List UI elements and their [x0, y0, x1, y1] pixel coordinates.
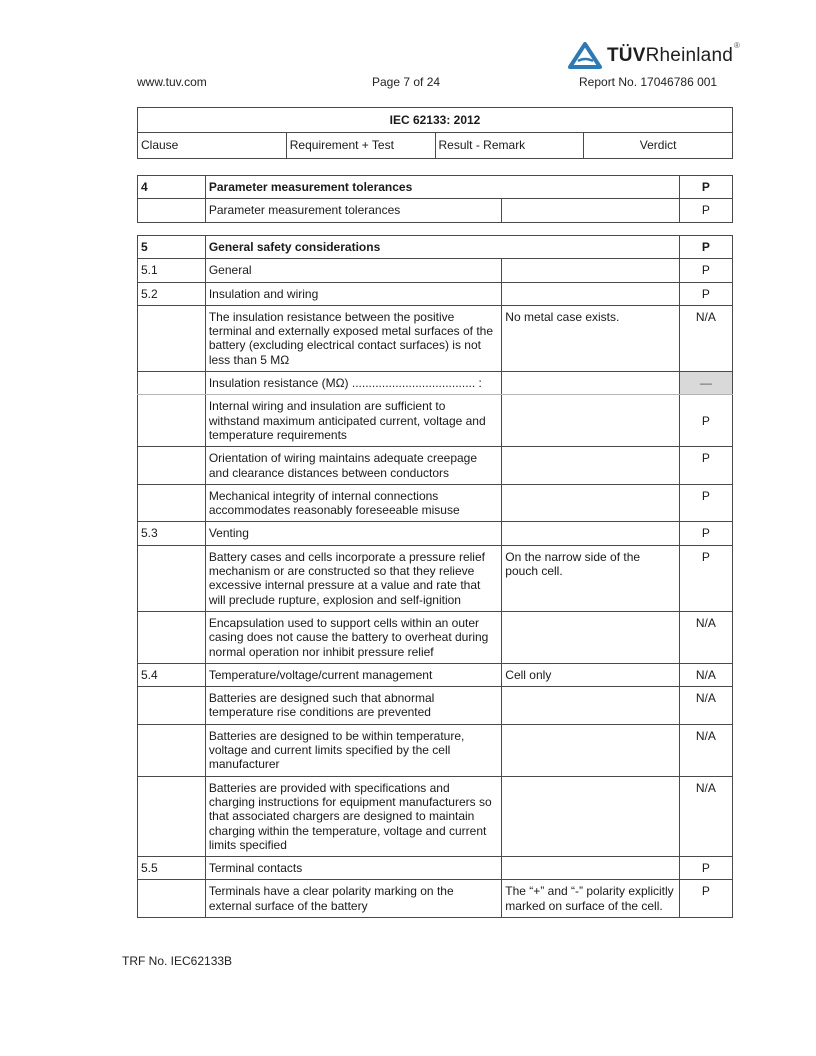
- section-verdict: P: [679, 236, 732, 259]
- table-row: Internal wiring and insulation are suffi…: [138, 395, 733, 447]
- verdict-cell: N/A: [679, 776, 732, 856]
- verdict-cell: P: [679, 199, 732, 222]
- verdict-cell: N/A: [679, 611, 732, 663]
- remark-cell: [502, 687, 679, 725]
- remark-cell: [502, 724, 679, 776]
- table-row: 5.2Insulation and wiringP: [138, 282, 733, 305]
- verdict-cell: —: [679, 372, 732, 395]
- website-url: www.tuv.com: [137, 75, 207, 89]
- report-number: Report No. 17046786 001: [579, 75, 717, 89]
- requirement-cell: Terminal contacts: [205, 857, 501, 880]
- remark-cell: [502, 611, 679, 663]
- clause-cell: [138, 687, 206, 725]
- table-row: Terminals have a clear polarity marking …: [138, 880, 733, 918]
- clause-cell: [138, 484, 206, 522]
- requirement-cell: The insulation resistance between the po…: [205, 305, 501, 371]
- remark-cell: Cell only: [502, 663, 679, 686]
- requirement-cell: Internal wiring and insulation are suffi…: [205, 395, 501, 447]
- verdict-cell: N/A: [679, 687, 732, 725]
- section-verdict: P: [679, 176, 732, 199]
- requirement-cell: Encapsulation used to support cells with…: [205, 611, 501, 663]
- clause-cell: [138, 880, 206, 918]
- requirement-cell: Orientation of wiring maintains adequate…: [205, 447, 501, 485]
- remark-cell: [502, 282, 679, 305]
- verdict-cell: P: [679, 522, 732, 545]
- verdict-cell: P: [679, 447, 732, 485]
- table-row: Mechanical integrity of internal connect…: [138, 484, 733, 522]
- standard-header-table: IEC 62133: 2012 Clause Requirement + Tes…: [137, 107, 733, 159]
- requirement-cell: General: [205, 259, 501, 282]
- clause-cell: 5.1: [138, 259, 206, 282]
- remark-cell: The “+” and “-” polarity explicitly mark…: [502, 880, 679, 918]
- clause-cell: [138, 305, 206, 371]
- verdict-cell: N/A: [679, 305, 732, 371]
- column-header-clause: Clause: [138, 133, 287, 158]
- section-header-row: 4 Parameter measurement tolerances P: [138, 176, 733, 199]
- clause-cell: 5.2: [138, 282, 206, 305]
- remark-cell: [502, 395, 679, 447]
- verdict-cell: P: [679, 545, 732, 611]
- section-clause: 5: [138, 236, 206, 259]
- section-clause: 4: [138, 176, 206, 199]
- section-4-table: 4 Parameter measurement tolerances P Par…: [137, 175, 733, 223]
- remark-cell: [502, 447, 679, 485]
- requirement-cell: Battery cases and cells incorporate a pr…: [205, 545, 501, 611]
- requirement-cell: Batteries are designed to be within temp…: [205, 724, 501, 776]
- clause-cell: [138, 776, 206, 856]
- remark-cell: [502, 857, 679, 880]
- requirement-cell: Temperature/voltage/current management: [205, 663, 501, 686]
- table-row: Parameter measurement tolerancesP: [138, 199, 733, 222]
- table-row: Battery cases and cells incorporate a pr…: [138, 545, 733, 611]
- table-row: Insulation resistance (MΩ) .............…: [138, 372, 733, 395]
- remark-cell: [502, 776, 679, 856]
- clause-cell: [138, 395, 206, 447]
- verdict-cell: P: [679, 395, 732, 447]
- requirement-cell: Venting: [205, 522, 501, 545]
- verdict-cell: N/A: [679, 663, 732, 686]
- requirement-cell: Insulation resistance (MΩ) .............…: [205, 372, 501, 395]
- page-number: Page 7 of 24: [372, 75, 440, 89]
- clause-cell: [138, 611, 206, 663]
- clause-cell: 5.3: [138, 522, 206, 545]
- table-row: Batteries are designed to be within temp…: [138, 724, 733, 776]
- section-header-row: 5 General safety considerations P: [138, 236, 733, 259]
- remark-cell: [502, 259, 679, 282]
- clause-cell: [138, 372, 206, 395]
- tuv-rheinland-logo: TÜVRheinland®: [568, 41, 740, 71]
- requirement-cell: Batteries are designed such that abnorma…: [205, 687, 501, 725]
- table-row: Batteries are provided with specificatio…: [138, 776, 733, 856]
- brand-name: TÜVRheinland®: [607, 45, 740, 67]
- clause-cell: 5.5: [138, 857, 206, 880]
- tuv-triangle-logo-icon: [568, 42, 602, 70]
- table-row: Orientation of wiring maintains adequate…: [138, 447, 733, 485]
- clause-cell: [138, 724, 206, 776]
- remark-cell: [502, 199, 679, 222]
- clause-cell: [138, 545, 206, 611]
- clause-cell: [138, 447, 206, 485]
- clause-cell: [138, 199, 206, 222]
- requirement-cell: Mechanical integrity of internal connect…: [205, 484, 501, 522]
- requirement-cell: Terminals have a clear polarity marking …: [205, 880, 501, 918]
- table-row: Encapsulation used to support cells with…: [138, 611, 733, 663]
- table-row: 5.5Terminal contactsP: [138, 857, 733, 880]
- section-5-table: 5 General safety considerations P 5.1Gen…: [137, 235, 733, 918]
- column-header-requirement: Requirement + Test: [286, 133, 435, 158]
- column-header-verdict: Verdict: [584, 133, 733, 158]
- remark-cell: [502, 372, 679, 395]
- table-row: 5.1GeneralP: [138, 259, 733, 282]
- table-row: The insulation resistance between the po…: [138, 305, 733, 371]
- trf-number: TRF No. IEC62133B: [122, 954, 232, 968]
- verdict-cell: P: [679, 857, 732, 880]
- verdict-cell: P: [679, 282, 732, 305]
- section-title: General safety considerations: [205, 236, 679, 259]
- remark-cell: On the narrow side of the pouch cell.: [502, 545, 679, 611]
- remark-cell: [502, 522, 679, 545]
- column-header-remark: Result - Remark: [435, 133, 584, 158]
- standard-title: IEC 62133: 2012: [138, 108, 733, 133]
- requirement-cell: Batteries are provided with specificatio…: [205, 776, 501, 856]
- table-row: 5.3VentingP: [138, 522, 733, 545]
- remark-cell: [502, 484, 679, 522]
- table-row: 5.4Temperature/voltage/current managemen…: [138, 663, 733, 686]
- verdict-cell: N/A: [679, 724, 732, 776]
- requirement-cell: Parameter measurement tolerances: [205, 199, 501, 222]
- remark-cell: No metal case exists.: [502, 305, 679, 371]
- requirement-cell: Insulation and wiring: [205, 282, 501, 305]
- verdict-cell: P: [679, 880, 732, 918]
- section-title: Parameter measurement tolerances: [205, 176, 679, 199]
- verdict-cell: P: [679, 259, 732, 282]
- verdict-cell: P: [679, 484, 732, 522]
- clause-cell: 5.4: [138, 663, 206, 686]
- table-row: Batteries are designed such that abnorma…: [138, 687, 733, 725]
